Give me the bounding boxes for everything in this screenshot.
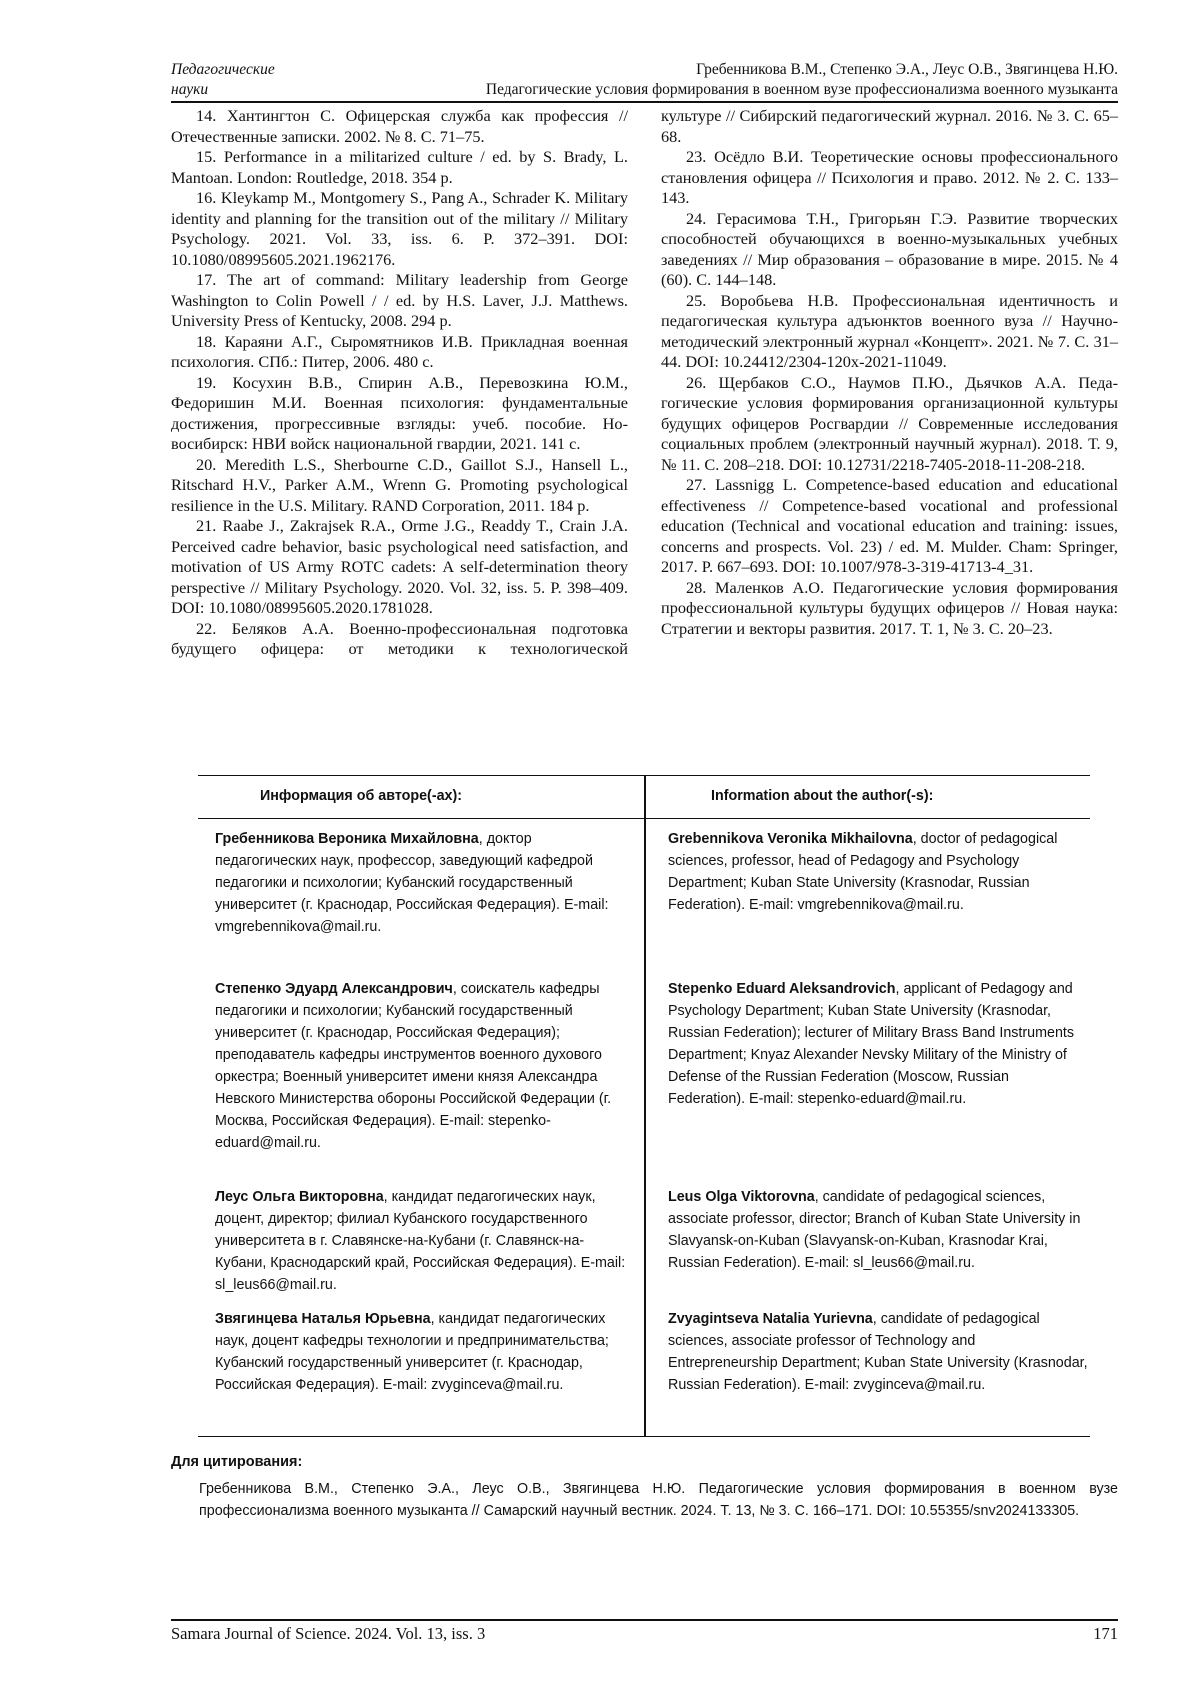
author-details: , соискатель кафедры педагогики и психол…	[215, 981, 611, 1151]
header-rule	[171, 101, 1118, 103]
header-rule	[198, 818, 1090, 819]
reference-item: 28. Маленков А.О. Педагогические условия…	[661, 578, 1118, 640]
reference-item: 18. Караяни А.Г., Сыромятников И.В. Прик…	[171, 332, 628, 373]
reference-item: 25. Воробьева Н.В. Профессиональная иден…	[661, 291, 1118, 373]
reference-item: 26. Щербаков С.О., Наумов П.Ю., Дьячков …	[661, 373, 1118, 476]
author-name: Grebennikova Veronika Mikhailovna	[668, 831, 913, 847]
section-name: Педагогические науки	[171, 60, 275, 100]
author-entry-en: Stepenko Eduard Aleksandrovich, applican…	[668, 978, 1088, 1110]
reference-item: 15. Performance in a militarized culture…	[171, 147, 628, 188]
header-article-title: Педагогические условия формирования в во…	[486, 80, 1118, 100]
author-details: , applicant of Pedagogy and Psychology D…	[668, 981, 1074, 1107]
reference-item: 21. Raabe J., Zakrajsek R.A., Orme J.G.,…	[171, 516, 628, 619]
footer-rule	[171, 1619, 1118, 1621]
author-name: Leus Olga Viktorovna	[668, 1189, 815, 1205]
reference-item: 24. Герасимова Т.Н., Григорьян Г.Э. Разв…	[661, 209, 1118, 291]
footer-journal-info: Samara Journal of Science. 2024. Vol. 13…	[171, 1624, 485, 1644]
author-entry-en: Grebennikova Veronika Mikhailovna, docto…	[668, 828, 1088, 916]
author-entry-ru: Звягинцева Наталья Юрьевна, кандидат пед…	[215, 1308, 635, 1396]
author-info-table: Информация об авторе(-ах): Information a…	[198, 775, 1090, 1437]
references-left-column: 14. Хантингтон С. Офицерская служба как …	[171, 106, 628, 660]
author-name: Степенко Эдуард Александрович	[215, 981, 453, 997]
references-right-column: культуре // Сибирский педагогический жур…	[661, 106, 1118, 639]
section-line-1: Педагогические	[171, 60, 275, 80]
page-number: 171	[1093, 1624, 1118, 1644]
author-name: Stepenko Eduard Aleksandrovich	[668, 981, 896, 997]
header-authors: Гребенникова В.М., Степенко Э.А., Леус О…	[696, 60, 1118, 80]
reference-item: 19. Косухин В.В., Спирин А.В., Перевозки…	[171, 373, 628, 455]
reference-item: 23. Осёдло В.И. Теоретические основы про…	[661, 147, 1118, 209]
author-name: Гребенникова Вероника Михайловна	[215, 831, 479, 847]
author-entry-en: Leus Olga Viktorovna, candidate of pedag…	[668, 1186, 1088, 1274]
author-name: Звягинцева Наталья Юрьевна	[215, 1311, 431, 1327]
author-name: Zvyagintseva Natalia Yurievna	[668, 1311, 873, 1327]
author-info-header-en: Information about the author(-s):	[711, 788, 933, 804]
reference-item: 20. Meredith L.S., Sherbourne C.D., Gail…	[171, 455, 628, 517]
author-name: Леус Ольга Викторовна	[215, 1189, 384, 1205]
reference-item: 22. Беляков А.А. Военно-профессиональная…	[171, 619, 628, 660]
citation-text: Гребенникова В.М., Степенко Э.А., Леус О…	[199, 1478, 1118, 1522]
reference-item: 17. The art of command: Military leaders…	[171, 270, 628, 332]
reference-item: 14. Хантингтон С. Офицерская служба как …	[171, 106, 628, 147]
author-info-header-ru: Информация об авторе(-ах):	[260, 788, 462, 804]
author-entry-ru: Степенко Эдуард Александрович, соискател…	[215, 978, 635, 1154]
column-divider	[644, 776, 646, 1436]
reference-item: 16. Kleykamp M., Montgomery S., Pang A.,…	[171, 188, 628, 270]
reference-item: 27. Lassnigg L. Competence-based educati…	[661, 475, 1118, 578]
author-entry-ru: Гребенникова Вероника Михайловна, доктор…	[215, 828, 635, 938]
author-entry-en: Zvyagintseva Natalia Yurievna, candidate…	[668, 1308, 1088, 1396]
running-header: Педагогические науки Гребенникова В.М., …	[171, 60, 1118, 102]
author-entry-ru: Леус Ольга Викторовна, кандидат педагоги…	[215, 1186, 635, 1296]
reference-continuation: культуре // Сибирский педагогический жур…	[661, 106, 1118, 147]
citation-label: Для цитирования:	[171, 1454, 302, 1470]
section-line-2: науки	[171, 80, 275, 100]
